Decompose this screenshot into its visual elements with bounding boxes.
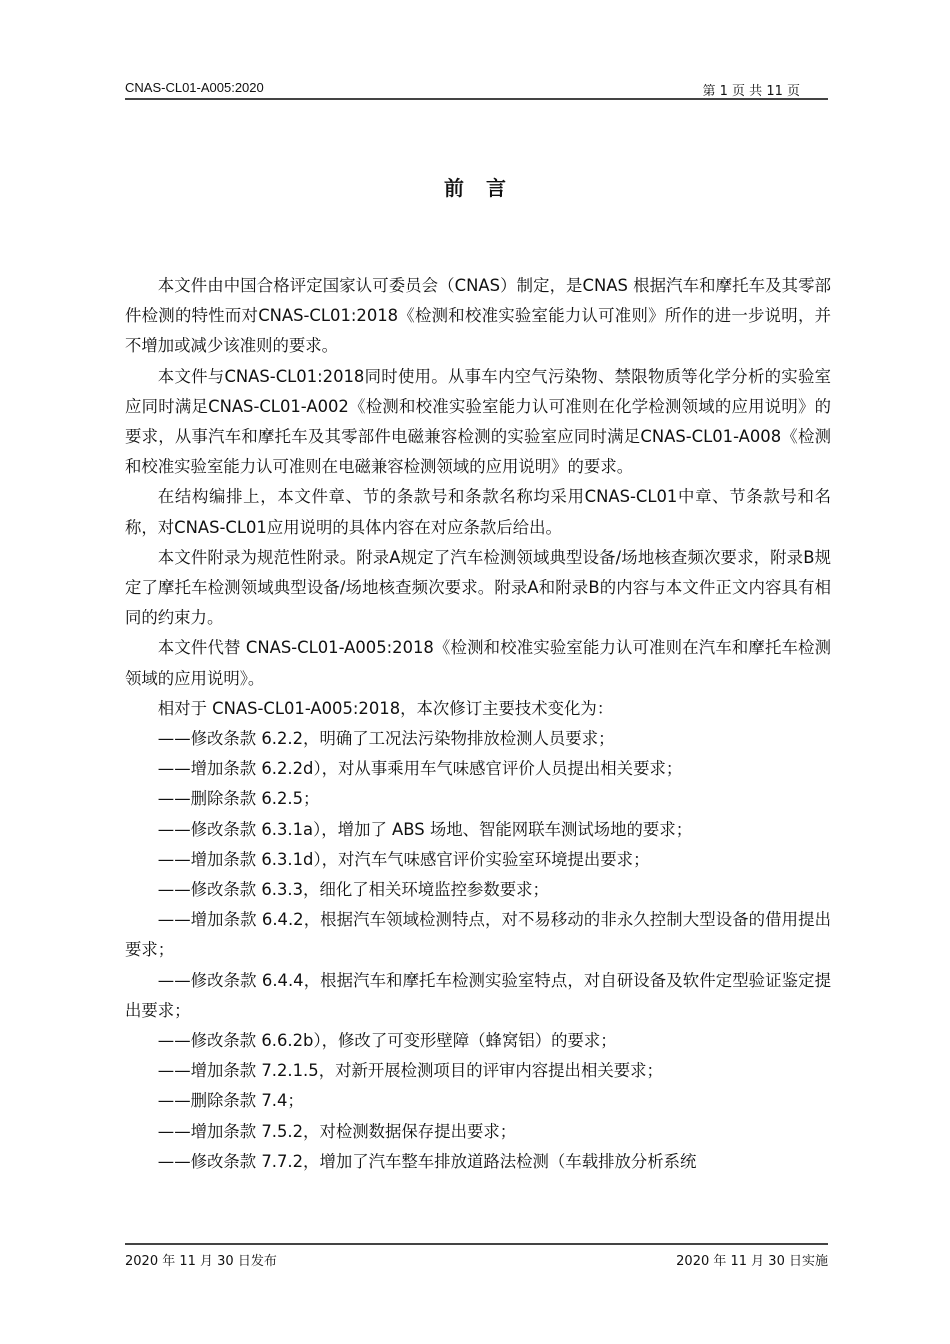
- change-item: ——修改条款 6.3.1a），增加了 ABS 场地、智能网联车测试场地的要求；: [125, 815, 831, 845]
- change-item: ——修改条款 7.7.2，增加了汽车整车排放道路法检测（车载排放分析系统: [125, 1147, 831, 1177]
- change-item: ——修改条款 6.3.3，细化了相关环境监控参数要求；: [125, 875, 831, 905]
- change-item: ——修改条款 6.2.2，明确了工况法污染物排放检测人员要求；: [125, 724, 831, 754]
- page-number: 第 1 页 共 11 页: [703, 80, 800, 99]
- issue-date: 2020 年 11 月 30 日发布: [125, 1250, 277, 1269]
- paragraph: 本文件代替 CNAS-CL01-A005:2018《检测和校准实验室能力认可准则…: [125, 633, 831, 693]
- paragraph: 本文件附录为规范性附录。附录A规定了汽车检测领域典型设备/场地核查频次要求，附录…: [125, 543, 831, 634]
- paragraph: 本文件与CNAS-CL01:2018同时使用。从事车内空气污染物、禁限物质等化学…: [125, 362, 831, 483]
- effective-date: 2020 年 11 月 30 日实施: [676, 1250, 828, 1269]
- page-title: 前言: [0, 172, 950, 201]
- document-body: 本文件由中国合格评定国家认可委员会（CNAS）制定，是CNAS 根据汽车和摩托车…: [125, 271, 831, 1177]
- page-header: CNAS-CL01-A005:2020 第 1 页 共 11 页: [125, 78, 828, 100]
- change-item: ——删除条款 6.2.5；: [125, 784, 831, 814]
- document-code: CNAS-CL01-A005:2020: [125, 80, 264, 95]
- change-item: ——增加条款 7.2.1.5，对新开展检测项目的评审内容提出相关要求；: [125, 1056, 831, 1086]
- paragraph: 相对于 CNAS-CL01-A005:2018，本次修订主要技术变化为：: [125, 694, 831, 724]
- change-item: ——增加条款 6.2.2d），对从事乘用车气味感官评价人员提出相关要求；: [125, 754, 831, 784]
- paragraph: 本文件由中国合格评定国家认可委员会（CNAS）制定，是CNAS 根据汽车和摩托车…: [125, 271, 831, 362]
- change-item: ——增加条款 7.5.2，对检测数据保存提出要求；: [125, 1117, 831, 1147]
- change-item: ——修改条款 6.4.4，根据汽车和摩托车检测实验室特点，对自研设备及软件定型验…: [125, 966, 831, 1026]
- change-item: ——删除条款 7.4；: [125, 1086, 831, 1116]
- change-item: ——增加条款 6.3.1d），对汽车气味感官评价实验室环境提出要求；: [125, 845, 831, 875]
- paragraph: 在结构编排上，本文件章、节的条款号和条款名称均采用CNAS-CL01中章、节条款…: [125, 482, 831, 542]
- change-item: ——修改条款 6.6.2b），修改了可变形壁障（蜂窝铝）的要求；: [125, 1026, 831, 1056]
- page-footer: 2020 年 11 月 30 日发布 2020 年 11 月 30 日实施: [125, 1243, 828, 1267]
- change-item: ——增加条款 6.4.2，根据汽车领域检测特点，对不易移动的非永久控制大型设备的…: [125, 905, 831, 965]
